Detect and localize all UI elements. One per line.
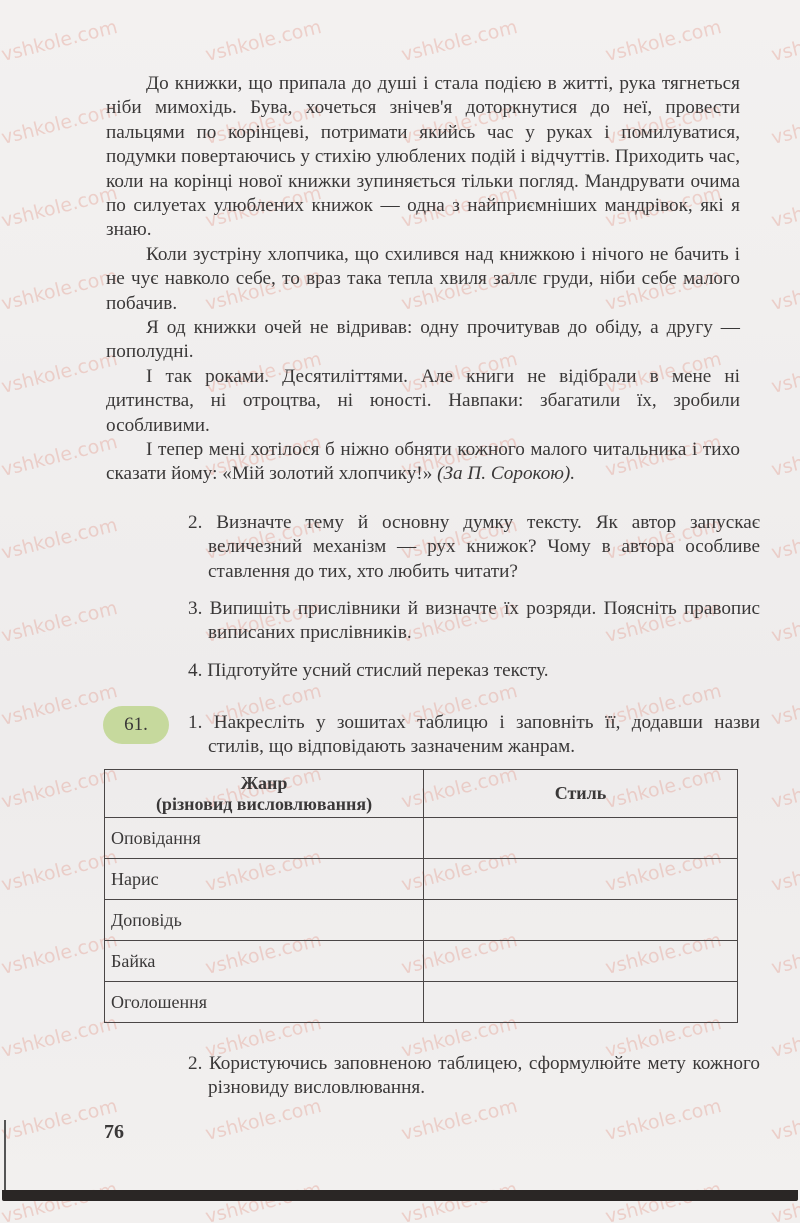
genre-cell: Байка <box>105 941 424 982</box>
watermark-text: vshkole.com <box>0 265 120 315</box>
watermark-text: vshkole.com <box>769 1095 800 1145</box>
watermark-text: vshkole.com <box>0 514 120 564</box>
header-genre-subtitle: (різновид висловлювання) <box>156 794 372 814</box>
watermark-text: vshkole.com <box>769 597 800 647</box>
attribution: (За П. Сорокою). <box>437 463 575 484</box>
table-row: Нарис <box>105 859 738 900</box>
watermark-text: vshkole.com <box>0 348 120 398</box>
style-cell <box>424 859 738 900</box>
table-row: Оповідання <box>105 818 738 859</box>
watermark-text: vshkole.com <box>769 431 800 481</box>
header-genre: Жанр (різновид висловлювання) <box>105 770 424 818</box>
paragraph-2: Коли зустріну хлопчика, що схилився над … <box>106 243 740 316</box>
watermark-text: vshkole.com <box>769 99 800 149</box>
watermark-text: vshkole.com <box>0 16 120 66</box>
watermark-text: vshkole.com <box>0 431 120 481</box>
task-60-3: 3. Випишіть прислівники й визначте їх ро… <box>188 597 760 646</box>
watermark-text: vshkole.com <box>769 514 800 564</box>
watermark-text: vshkole.com <box>769 16 800 66</box>
header-genre-title: Жанр <box>241 773 288 793</box>
watermark-text: vshkole.com <box>0 1095 120 1145</box>
genre-style-table: Жанр (різновид висловлювання) Стиль Опов… <box>104 769 738 1023</box>
style-cell <box>424 982 738 1023</box>
watermark-text: vshkole.com <box>769 929 800 979</box>
paragraph-3: Я од книжки очей не відривав: одну прочи… <box>106 316 740 365</box>
page-bottom-bar <box>2 1190 798 1201</box>
watermark-text: vshkole.com <box>769 846 800 896</box>
table-row: Оголошення <box>105 982 738 1023</box>
style-cell <box>424 900 738 941</box>
watermark-text: vshkole.com <box>603 16 724 66</box>
table-row: Байка <box>105 941 738 982</box>
genre-cell: Оповідання <box>105 818 424 859</box>
watermark-text: vshkole.com <box>0 846 120 896</box>
paragraph-1: До книжки, що припала до душі і стала по… <box>106 72 740 243</box>
task-61-1: 1. Накресліть у зошитах таблицю і заповн… <box>188 711 760 760</box>
watermark-text: vshkole.com <box>0 182 120 232</box>
watermark-text: vshkole.com <box>399 16 520 66</box>
task-61-2: 2. Користуючись заповненою таблицею, сфо… <box>188 1052 760 1101</box>
watermark-text: vshkole.com <box>769 680 800 730</box>
page-edge-rule <box>4 1120 6 1194</box>
watermark-text: vshkole.com <box>769 348 800 398</box>
table-row: Доповідь <box>105 900 738 941</box>
watermark-text: vshkole.com <box>769 182 800 232</box>
genre-cell: Оголошення <box>105 982 424 1023</box>
watermark-text: vshkole.com <box>603 1095 724 1145</box>
paragraph-5-text: І тепер мені хотілося б ніжно обняти кож… <box>106 439 740 484</box>
watermark-text: vshkole.com <box>203 16 324 66</box>
table-header-row: Жанр (різновид висловлювання) Стиль <box>105 770 738 818</box>
paragraph-5: І тепер мені хотілося б ніжно обняти кож… <box>106 438 740 487</box>
task-60-2: 2. Визначте тему й основну думку тексту.… <box>188 511 760 584</box>
paragraph-4: І так роками. Десятиліттями. Але книги н… <box>106 365 740 438</box>
watermark-text: vshkole.com <box>399 1095 520 1145</box>
page-number: 76 <box>104 1121 124 1144</box>
genre-cell: Нарис <box>105 859 424 900</box>
watermark-text: vshkole.com <box>203 1095 324 1145</box>
exercise-number-badge: 61. <box>103 706 169 744</box>
watermark-text: vshkole.com <box>0 680 120 730</box>
watermark-text: vshkole.com <box>0 99 120 149</box>
genre-cell: Доповідь <box>105 900 424 941</box>
watermark-text: vshkole.com <box>0 929 120 979</box>
watermark-text: vshkole.com <box>769 265 800 315</box>
watermark-text: vshkole.com <box>0 763 120 813</box>
watermark-text: vshkole.com <box>769 1012 800 1062</box>
style-cell <box>424 941 738 982</box>
header-style: Стиль <box>424 770 738 818</box>
watermark-text: vshkole.com <box>0 597 120 647</box>
style-cell <box>424 818 738 859</box>
task-60-4: 4. Підготуйте усний стислий переказ текс… <box>188 659 760 683</box>
watermark-text: vshkole.com <box>0 1012 120 1062</box>
watermark-text: vshkole.com <box>769 763 800 813</box>
textbook-page: vshkole.comvshkole.comvshkole.comvshkole… <box>0 0 800 1223</box>
